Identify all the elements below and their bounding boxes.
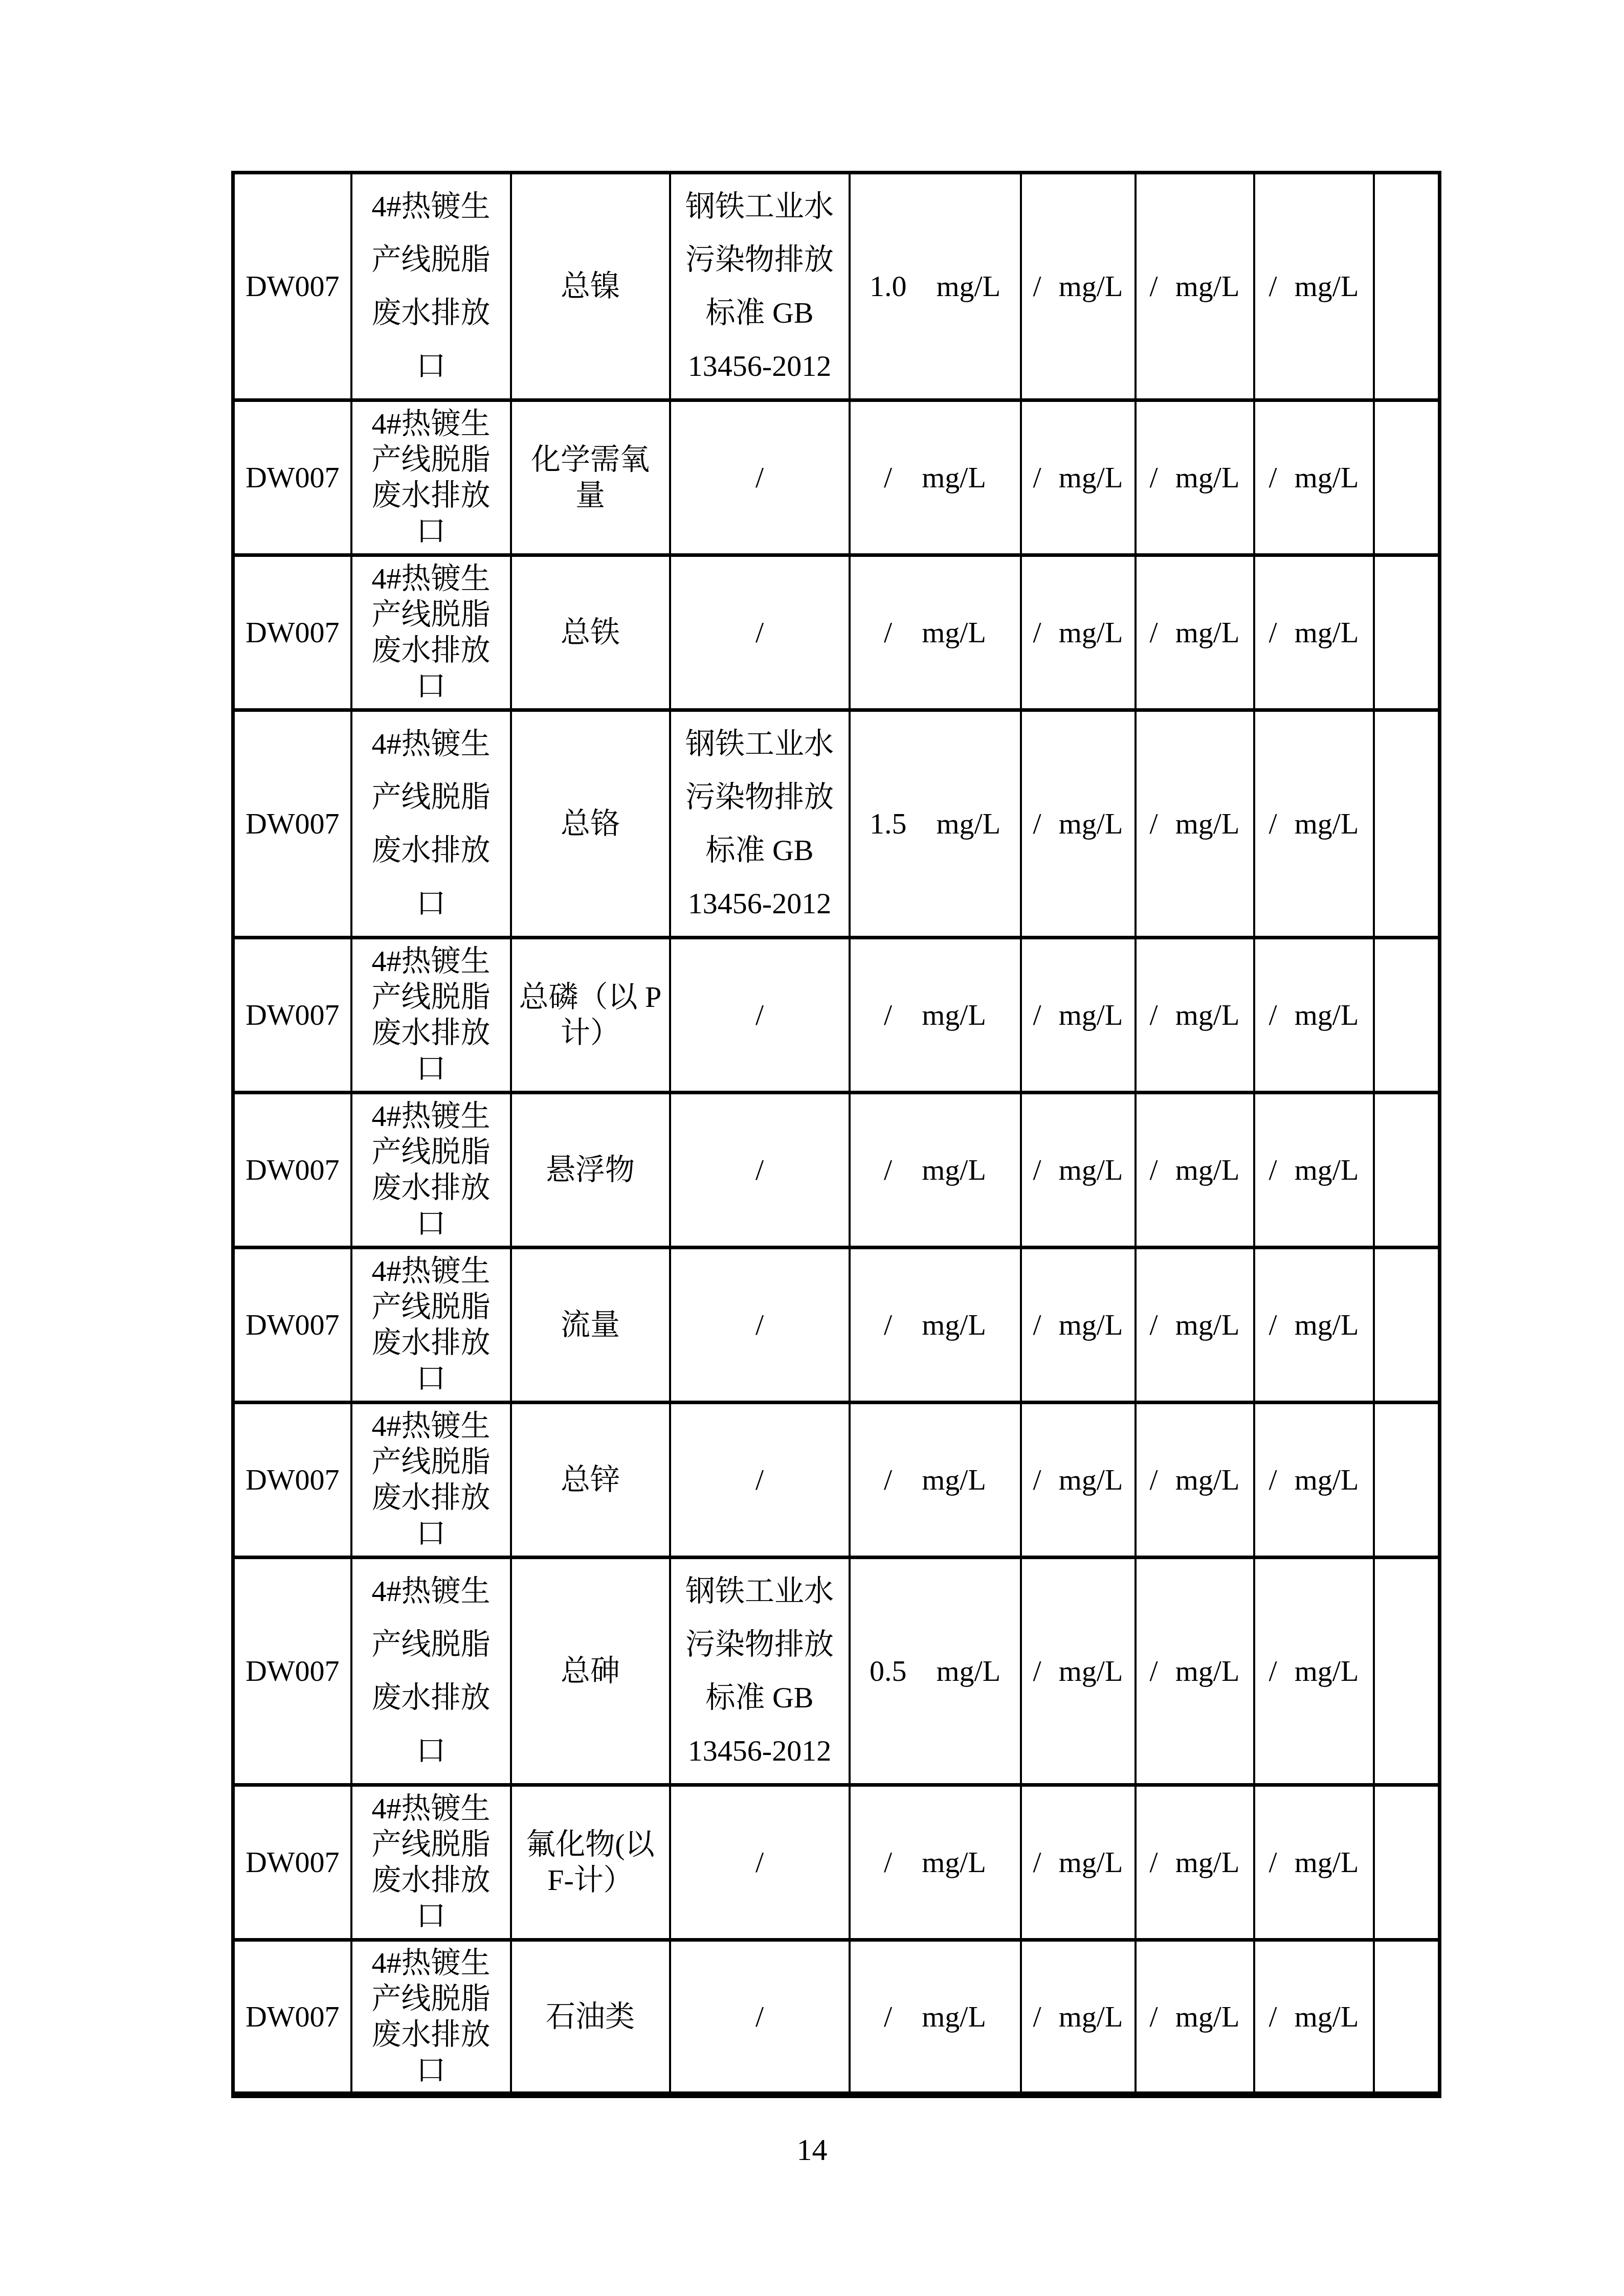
- monitor-unit: mg/L: [1175, 1462, 1240, 1498]
- monitor-value: /: [1150, 260, 1158, 313]
- monitor-unit: mg/L: [1295, 797, 1359, 850]
- table-row: DW007 4#热镀生 产线脱脂 废水排放 口 氟化物(以 F-计） / / m…: [233, 1785, 1440, 1940]
- outlet-code-cell: DW007: [233, 710, 351, 938]
- limit-cell: / mg/L: [850, 1785, 1021, 1940]
- monitor-cell-1: / mg/L: [1021, 400, 1136, 555]
- monitor-value: /: [1269, 260, 1277, 313]
- outlet-name-line: 4#热镀生: [359, 1408, 504, 1444]
- monitor-value: /: [1033, 615, 1041, 650]
- outlet-name-cell: 4#热镀生 产线脱脂 废水排放 口: [351, 173, 511, 400]
- monitor-unit: mg/L: [1059, 1645, 1123, 1698]
- table-row: DW007 4#热镀生 产线脱脂 废水排放 口 化学需氧 量 / / mg/L …: [233, 400, 1440, 555]
- monitoring-table: DW007 4#热镀生 产线脱脂 废水排放 口 总镍 钢铁工业水 污染物排放 标…: [231, 171, 1441, 2098]
- pollutant-line: 计）: [518, 1015, 663, 1051]
- limit-cell: / mg/L: [850, 1248, 1021, 1403]
- outlet-name-line: 废水排放: [359, 2017, 504, 2053]
- monitor-value: /: [1150, 797, 1158, 850]
- standard-cell: /: [670, 1248, 850, 1403]
- standard-line: /: [677, 997, 842, 1033]
- monitor-unit: mg/L: [1175, 997, 1240, 1033]
- standard-line: /: [677, 1307, 842, 1343]
- limit-unit: mg/L: [922, 1999, 986, 2035]
- table-row: DW007 4#热镀生 产线脱脂 废水排放 口 总锌 / / mg/L /: [233, 1403, 1440, 1558]
- standard-cell: /: [670, 938, 850, 1093]
- outlet-name-line: 4#热镀生: [359, 561, 504, 597]
- page-number: 14: [0, 2131, 1624, 2168]
- monitor-cell-1: / mg/L: [1021, 1785, 1136, 1940]
- limit-cell: / mg/L: [850, 1940, 1021, 2095]
- monitor-unit: mg/L: [1175, 1645, 1240, 1698]
- outlet-code-cell: DW007: [233, 1093, 351, 1248]
- outlet-name-cell: 4#热镀生 产线脱脂 废水排放 口: [351, 710, 511, 938]
- monitor-cell-1: / mg/L: [1021, 555, 1136, 710]
- outlet-name-line: 4#热镀生: [359, 1945, 504, 1981]
- monitor-cell-1: / mg/L: [1021, 1093, 1136, 1248]
- empty-cell: [1374, 1248, 1440, 1403]
- monitor-value: /: [1150, 997, 1158, 1033]
- table-row: DW007 4#热镀生 产线脱脂 废水排放 口 总砷 钢铁工业水 污染物排放 标…: [233, 1558, 1440, 1785]
- standard-line: 13456-2012: [677, 877, 842, 930]
- pollutant-line: 总磷（以 P: [518, 979, 663, 1015]
- outlet-code-cell: DW007: [233, 1940, 351, 2095]
- outlet-name-cell: 4#热镀生 产线脱脂 废水排放 口: [351, 1248, 511, 1403]
- monitor-unit: mg/L: [1295, 460, 1359, 496]
- limit-cell: 1.5 mg/L: [850, 710, 1021, 938]
- monitor-value: /: [1033, 1999, 1041, 2035]
- monitor-cell-3: / mg/L: [1254, 1558, 1374, 1785]
- outlet-name-cell: 4#热镀生 产线脱脂 废水排放 口: [351, 555, 511, 710]
- pollutant-line: 石油类: [518, 1999, 663, 2035]
- standard-line: 钢铁工业水: [677, 717, 842, 771]
- monitor-cell-2: / mg/L: [1136, 1940, 1254, 2095]
- outlet-name-line: 产线脱脂: [359, 979, 504, 1015]
- monitor-value: /: [1269, 1307, 1277, 1343]
- outlet-name-cell: 4#热镀生 产线脱脂 废水排放 口: [351, 400, 511, 555]
- monitor-cell-3: / mg/L: [1254, 555, 1374, 710]
- monitor-value: /: [1269, 1645, 1277, 1698]
- outlet-name-cell: 4#热镀生 产线脱脂 废水排放 口: [351, 1403, 511, 1558]
- monitor-unit: mg/L: [1175, 1307, 1240, 1343]
- limit-value: /: [884, 997, 892, 1033]
- outlet-name-line: 废水排放: [359, 1862, 504, 1898]
- outlet-name-line: 口: [359, 1516, 504, 1551]
- outlet-name-cell: 4#热镀生 产线脱脂 废水排放 口: [351, 938, 511, 1093]
- limit-cell: / mg/L: [850, 555, 1021, 710]
- monitor-cell-2: / mg/L: [1136, 710, 1254, 938]
- monitor-unit: mg/L: [1059, 1307, 1123, 1343]
- outlet-code-cell: DW007: [233, 1248, 351, 1403]
- outlet-name-line: 4#热镀生: [359, 1098, 504, 1134]
- pollutant-line: 量: [518, 478, 663, 513]
- outlet-name-line: 产线脱脂: [359, 771, 504, 824]
- limit-unit: mg/L: [922, 1462, 986, 1498]
- limit-value: /: [884, 1152, 892, 1188]
- limit-unit: mg/L: [936, 1645, 1000, 1698]
- standard-cell: /: [670, 400, 850, 555]
- outlet-name-line: 产线脱脂: [359, 1981, 504, 2017]
- standard-line: 污染物排放: [677, 233, 842, 286]
- pollutant-cell: 总铁: [511, 555, 670, 710]
- monitor-value: /: [1150, 1462, 1158, 1498]
- monitor-cell-2: / mg/L: [1136, 555, 1254, 710]
- table-row: DW007 4#热镀生 产线脱脂 废水排放 口 总镍 钢铁工业水 污染物排放 标…: [233, 173, 1440, 400]
- table-row: DW007 4#热镀生 产线脱脂 废水排放 口 总铬 钢铁工业水 污染物排放 标…: [233, 710, 1440, 938]
- monitor-cell-2: / mg/L: [1136, 1785, 1254, 1940]
- limit-value: /: [884, 615, 892, 650]
- monitor-unit: mg/L: [1175, 1844, 1240, 1880]
- outlet-name-line: 产线脱脂: [359, 1444, 504, 1480]
- empty-cell: [1374, 1558, 1440, 1785]
- outlet-name-line: 产线脱脂: [359, 1618, 504, 1671]
- monitor-value: /: [1033, 1462, 1041, 1498]
- monitor-unit: mg/L: [1175, 260, 1240, 313]
- monitor-cell-3: / mg/L: [1254, 710, 1374, 938]
- monitor-value: /: [1150, 1307, 1158, 1343]
- standard-line: /: [677, 1999, 842, 2035]
- pollutant-cell: 氟化物(以 F-计）: [511, 1785, 670, 1940]
- outlet-name-cell: 4#热镀生 产线脱脂 废水排放 口: [351, 1785, 511, 1940]
- monitor-unit: mg/L: [1295, 1844, 1359, 1880]
- outlet-name-line: 口: [359, 340, 504, 393]
- monitor-cell-2: / mg/L: [1136, 173, 1254, 400]
- outlet-name-line: 4#热镀生: [359, 717, 504, 771]
- monitor-unit: mg/L: [1175, 460, 1240, 496]
- monitor-value: /: [1150, 1645, 1158, 1698]
- outlet-name-line: 废水排放: [359, 1325, 504, 1361]
- monitor-cell-2: / mg/L: [1136, 1403, 1254, 1558]
- monitor-cell-3: / mg/L: [1254, 938, 1374, 1093]
- outlet-name-line: 产线脱脂: [359, 233, 504, 286]
- empty-cell: [1374, 710, 1440, 938]
- table-row: DW007 4#热镀生 产线脱脂 废水排放 口 总铁 / / mg/L /: [233, 555, 1440, 710]
- monitor-cell-1: / mg/L: [1021, 1248, 1136, 1403]
- outlet-name-line: 废水排放: [359, 824, 504, 877]
- outlet-code-cell: DW007: [233, 555, 351, 710]
- monitor-value: /: [1033, 1645, 1041, 1698]
- outlet-name-cell: 4#热镀生 产线脱脂 废水排放 口: [351, 1093, 511, 1248]
- monitor-cell-3: / mg/L: [1254, 1785, 1374, 1940]
- monitor-cell-2: / mg/L: [1136, 400, 1254, 555]
- outlet-name-line: 4#热镀生: [359, 1253, 504, 1289]
- monitor-unit: mg/L: [1175, 615, 1240, 650]
- pollutant-line: 总镍: [518, 260, 663, 313]
- limit-value: /: [884, 1462, 892, 1498]
- limit-cell: 1.0 mg/L: [850, 173, 1021, 400]
- pollutant-cell: 总锌: [511, 1403, 670, 1558]
- standard-cell: /: [670, 1403, 850, 1558]
- monitor-cell-2: / mg/L: [1136, 938, 1254, 1093]
- standard-line: 标准 GB: [677, 824, 842, 877]
- outlet-name-line: 4#热镀生: [359, 1791, 504, 1827]
- standard-cell: /: [670, 1785, 850, 1940]
- empty-cell: [1374, 1940, 1440, 2095]
- outlet-name-line: 口: [359, 877, 504, 930]
- monitor-value: /: [1269, 797, 1277, 850]
- monitor-cell-3: / mg/L: [1254, 1093, 1374, 1248]
- monitor-unit: mg/L: [1059, 1152, 1123, 1188]
- limit-value: 0.5: [870, 1645, 907, 1698]
- empty-cell: [1374, 400, 1440, 555]
- outlet-name-line: 4#热镀生: [359, 943, 504, 979]
- monitor-cell-3: / mg/L: [1254, 1248, 1374, 1403]
- monitor-unit: mg/L: [1175, 1999, 1240, 2035]
- pollutant-cell: 石油类: [511, 1940, 670, 2095]
- monitor-unit: mg/L: [1295, 1307, 1359, 1343]
- pollutant-cell: 化学需氧 量: [511, 400, 670, 555]
- limit-value: 1.5: [870, 797, 907, 850]
- standard-cell: /: [670, 555, 850, 710]
- standard-line: 污染物排放: [677, 771, 842, 824]
- monitor-value: /: [1269, 460, 1277, 496]
- empty-cell: [1374, 1403, 1440, 1558]
- table-row: DW007 4#热镀生 产线脱脂 废水排放 口 悬浮物 / / mg/L /: [233, 1093, 1440, 1248]
- document-page: DW007 4#热镀生 产线脱脂 废水排放 口 总镍 钢铁工业水 污染物排放 标…: [0, 0, 1624, 2296]
- outlet-name-line: 产线脱脂: [359, 442, 504, 478]
- standard-line: /: [677, 460, 842, 496]
- pollutant-line: 流量: [518, 1307, 663, 1343]
- limit-unit: mg/L: [922, 615, 986, 650]
- pollutant-cell: 流量: [511, 1248, 670, 1403]
- standard-line: /: [677, 1844, 842, 1880]
- monitor-cell-1: / mg/L: [1021, 1403, 1136, 1558]
- limit-cell: 0.5 mg/L: [850, 1558, 1021, 1785]
- outlet-name-cell: 4#热镀生 产线脱脂 废水排放 口: [351, 1940, 511, 2095]
- standard-line: 钢铁工业水: [677, 180, 842, 233]
- outlet-name-line: 口: [359, 513, 504, 549]
- monitor-cell-1: / mg/L: [1021, 938, 1136, 1093]
- monitor-unit: mg/L: [1295, 1645, 1359, 1698]
- monitor-value: /: [1269, 1999, 1277, 2035]
- outlet-name-line: 口: [359, 2053, 504, 2088]
- empty-cell: [1374, 173, 1440, 400]
- outlet-code-cell: DW007: [233, 1785, 351, 1940]
- limit-value: /: [884, 1307, 892, 1343]
- outlet-name-cell: 4#热镀生 产线脱脂 废水排放 口: [351, 1558, 511, 1785]
- outlet-name-line: 口: [359, 1361, 504, 1397]
- outlet-name-line: 废水排放: [359, 1671, 504, 1724]
- monitor-unit: mg/L: [1059, 260, 1123, 313]
- pollutant-cell: 悬浮物: [511, 1093, 670, 1248]
- monitor-value: /: [1269, 997, 1277, 1033]
- limit-cell: / mg/L: [850, 1093, 1021, 1248]
- monitor-value: /: [1033, 797, 1041, 850]
- standard-line: /: [677, 615, 842, 650]
- pollutant-line: 悬浮物: [518, 1152, 663, 1188]
- monitor-value: /: [1150, 1844, 1158, 1880]
- standard-cell: 钢铁工业水 污染物排放 标准 GB 13456-2012: [670, 173, 850, 400]
- monitor-cell-1: / mg/L: [1021, 1558, 1136, 1785]
- outlet-name-line: 废水排放: [359, 1170, 504, 1206]
- monitor-cell-3: / mg/L: [1254, 173, 1374, 400]
- pollutant-cell: 总砷: [511, 1558, 670, 1785]
- standard-line: 13456-2012: [677, 340, 842, 393]
- monitor-unit: mg/L: [1175, 1152, 1240, 1188]
- monitor-value: /: [1033, 1844, 1041, 1880]
- outlet-name-line: 产线脱脂: [359, 1134, 504, 1170]
- limit-value: 1.0: [870, 260, 907, 313]
- outlet-name-line: 产线脱脂: [359, 597, 504, 633]
- monitor-cell-2: / mg/L: [1136, 1248, 1254, 1403]
- outlet-name-line: 产线脱脂: [359, 1827, 504, 1862]
- standard-line: 标准 GB: [677, 286, 842, 340]
- table-row: DW007 4#热镀生 产线脱脂 废水排放 口 石油类 / / mg/L /: [233, 1940, 1440, 2095]
- pollutant-line: F-计）: [518, 1862, 663, 1898]
- outlet-name-line: 废水排放: [359, 1015, 504, 1051]
- outlet-name-line: 4#热镀生: [359, 406, 504, 442]
- limit-unit: mg/L: [936, 797, 1000, 850]
- monitor-value: /: [1033, 460, 1041, 496]
- monitor-value: /: [1269, 1844, 1277, 1880]
- monitor-unit: mg/L: [1295, 615, 1359, 650]
- monitor-value: /: [1033, 1307, 1041, 1343]
- standard-cell: 钢铁工业水 污染物排放 标准 GB 13456-2012: [670, 1558, 850, 1785]
- standard-cell: /: [670, 1093, 850, 1248]
- pollutant-line: 化学需氧: [518, 442, 663, 478]
- pollutant-line: 总铁: [518, 615, 663, 650]
- standard-line: /: [677, 1152, 842, 1188]
- monitor-value: /: [1033, 1152, 1041, 1188]
- limit-unit: mg/L: [922, 460, 986, 496]
- empty-cell: [1374, 938, 1440, 1093]
- monitor-cell-1: / mg/L: [1021, 710, 1136, 938]
- limit-value: /: [884, 460, 892, 496]
- pollutant-line: 总铬: [518, 797, 663, 850]
- standard-line: 标准 GB: [677, 1671, 842, 1724]
- standard-line: /: [677, 1462, 842, 1498]
- monitor-unit: mg/L: [1059, 615, 1123, 650]
- monitor-unit: mg/L: [1295, 1152, 1359, 1188]
- limit-unit: mg/L: [922, 1152, 986, 1188]
- monitor-unit: mg/L: [1059, 1999, 1123, 2035]
- limit-unit: mg/L: [922, 1307, 986, 1343]
- outlet-name-line: 4#热镀生: [359, 180, 504, 233]
- monitor-unit: mg/L: [1059, 1462, 1123, 1498]
- monitor-unit: mg/L: [1295, 260, 1359, 313]
- monitor-value: /: [1150, 1999, 1158, 2035]
- standard-cell: /: [670, 1940, 850, 2095]
- monitor-unit: mg/L: [1059, 1844, 1123, 1880]
- outlet-name-line: 口: [359, 1051, 504, 1087]
- pollutant-line: 氟化物(以: [518, 1827, 663, 1862]
- empty-cell: [1374, 555, 1440, 710]
- pollutant-line: 总锌: [518, 1462, 663, 1498]
- limit-value: /: [884, 1844, 892, 1880]
- limit-cell: / mg/L: [850, 938, 1021, 1093]
- monitor-value: /: [1269, 615, 1277, 650]
- outlet-code-cell: DW007: [233, 1403, 351, 1558]
- outlet-name-line: 产线脱脂: [359, 1289, 504, 1325]
- outlet-name-line: 废水排放: [359, 1480, 504, 1516]
- monitor-value: /: [1150, 615, 1158, 650]
- monitor-value: /: [1033, 997, 1041, 1033]
- standard-line: 13456-2012: [677, 1724, 842, 1777]
- outlet-name-line: 口: [359, 1724, 504, 1777]
- outlet-code-cell: DW007: [233, 173, 351, 400]
- outlet-name-line: 口: [359, 1206, 504, 1242]
- outlet-code-cell: DW007: [233, 938, 351, 1093]
- monitor-unit: mg/L: [1059, 797, 1123, 850]
- monitor-value: /: [1150, 460, 1158, 496]
- monitor-cell-3: / mg/L: [1254, 1403, 1374, 1558]
- monitor-value: /: [1150, 1152, 1158, 1188]
- limit-unit: mg/L: [936, 260, 1000, 313]
- limit-cell: / mg/L: [850, 1403, 1021, 1558]
- monitor-unit: mg/L: [1295, 997, 1359, 1033]
- table-row: DW007 4#热镀生 产线脱脂 废水排放 口 流量 / / mg/L /: [233, 1248, 1440, 1403]
- standard-line: 污染物排放: [677, 1618, 842, 1671]
- outlet-code-cell: DW007: [233, 1558, 351, 1785]
- monitor-cell-1: / mg/L: [1021, 1940, 1136, 2095]
- limit-cell: / mg/L: [850, 400, 1021, 555]
- monitor-unit: mg/L: [1059, 460, 1123, 496]
- monitor-cell-2: / mg/L: [1136, 1558, 1254, 1785]
- monitor-cell-2: / mg/L: [1136, 1093, 1254, 1248]
- empty-cell: [1374, 1093, 1440, 1248]
- monitor-value: /: [1033, 260, 1041, 313]
- outlet-code-cell: DW007: [233, 400, 351, 555]
- outlet-name-line: 废水排放: [359, 633, 504, 668]
- empty-cell: [1374, 1785, 1440, 1940]
- monitor-unit: mg/L: [1295, 1462, 1359, 1498]
- pollutant-cell: 总铬: [511, 710, 670, 938]
- monitor-cell-1: / mg/L: [1021, 173, 1136, 400]
- monitor-cell-3: / mg/L: [1254, 400, 1374, 555]
- monitor-value: /: [1269, 1462, 1277, 1498]
- pollutant-cell: 总镍: [511, 173, 670, 400]
- monitor-unit: mg/L: [1295, 1999, 1359, 2035]
- monitor-unit: mg/L: [1059, 997, 1123, 1033]
- monitor-cell-3: / mg/L: [1254, 1940, 1374, 2095]
- monitor-value: /: [1269, 1152, 1277, 1188]
- limit-unit: mg/L: [922, 997, 986, 1033]
- standard-cell: 钢铁工业水 污染物排放 标准 GB 13456-2012: [670, 710, 850, 938]
- outlet-name-line: 口: [359, 1898, 504, 1934]
- monitor-unit: mg/L: [1175, 797, 1240, 850]
- table-row: DW007 4#热镀生 产线脱脂 废水排放 口 总磷（以 P 计） / / mg…: [233, 938, 1440, 1093]
- outlet-name-line: 口: [359, 668, 504, 704]
- outlet-name-line: 废水排放: [359, 478, 504, 513]
- pollutant-cell: 总磷（以 P 计）: [511, 938, 670, 1093]
- limit-unit: mg/L: [922, 1844, 986, 1880]
- standard-line: 钢铁工业水: [677, 1565, 842, 1618]
- limit-value: /: [884, 1999, 892, 2035]
- outlet-name-line: 废水排放: [359, 286, 504, 340]
- pollutant-line: 总砷: [518, 1645, 663, 1698]
- outlet-name-line: 4#热镀生: [359, 1565, 504, 1618]
